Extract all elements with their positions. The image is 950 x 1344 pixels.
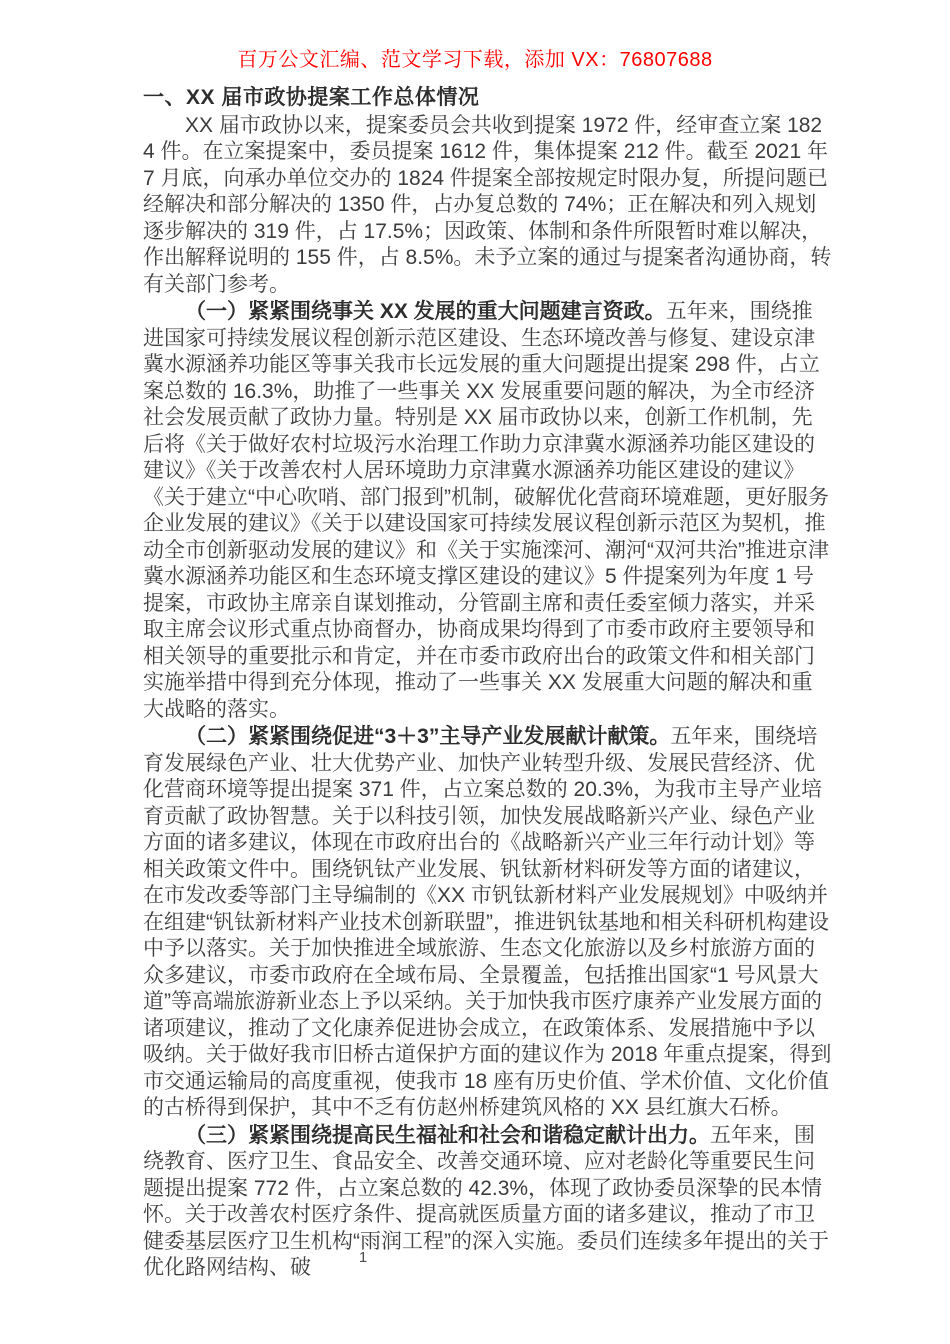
paragraph-body: 五年来，围绕培育发展绿色产业、壮大优势产业、加快产业转型升级、发展民营经济、优化…	[143, 725, 831, 1119]
paragraph-item-3: （三）紧紧围绕提高民生福祉和社会和谐稳定献计出力。五年来，围绕教育、医疗卫生、食…	[143, 1123, 833, 1282]
document-page: 百万公文汇编、范文学习下载，添加 VX：76807688 一、XX 届市政协提案…	[0, 0, 950, 1344]
paragraph-lead: （三）紧紧围绕提高民生福祉和社会和谐稳定献计出力。	[185, 1124, 710, 1147]
paragraph-lead: （二）紧紧围绕促进“3＋3”主导产业发展献计献策。	[185, 725, 670, 748]
document-body: 一、XX 届市政协提案工作总体情况 XX 届市政协以来，提案委员会共收到提案 1…	[143, 85, 833, 1282]
page-number: 1	[350, 1248, 376, 1268]
paragraph-lead: （一）紧紧围绕事关 XX 发展的重大问题建言资政。	[185, 300, 666, 323]
paragraph-item-1: （一）紧紧围绕事关 XX 发展的重大问题建言资政。五年来，围绕推进国家可持续发展…	[143, 299, 833, 723]
promo-header: 百万公文汇编、范文学习下载，添加 VX：76807688	[0, 48, 950, 72]
paragraph-overview: XX 届市政协以来，提案委员会共收到提案 1972 件，经审查立案 1824 件…	[143, 113, 833, 299]
paragraph-body: XX 届市政协以来，提案委员会共收到提案 1972 件，经审查立案 1824 件…	[143, 114, 831, 296]
section-heading: 一、XX 届市政协提案工作总体情况	[143, 85, 833, 112]
paragraph-body: 五年来，围绕推进国家可持续发展议程创新示范区建设、生态环境改善与修复、建设京津冀…	[143, 300, 829, 721]
paragraph-item-2: （二）紧紧围绕促进“3＋3”主导产业发展献计献策。五年来，围绕培育发展绿色产业、…	[143, 724, 833, 1122]
